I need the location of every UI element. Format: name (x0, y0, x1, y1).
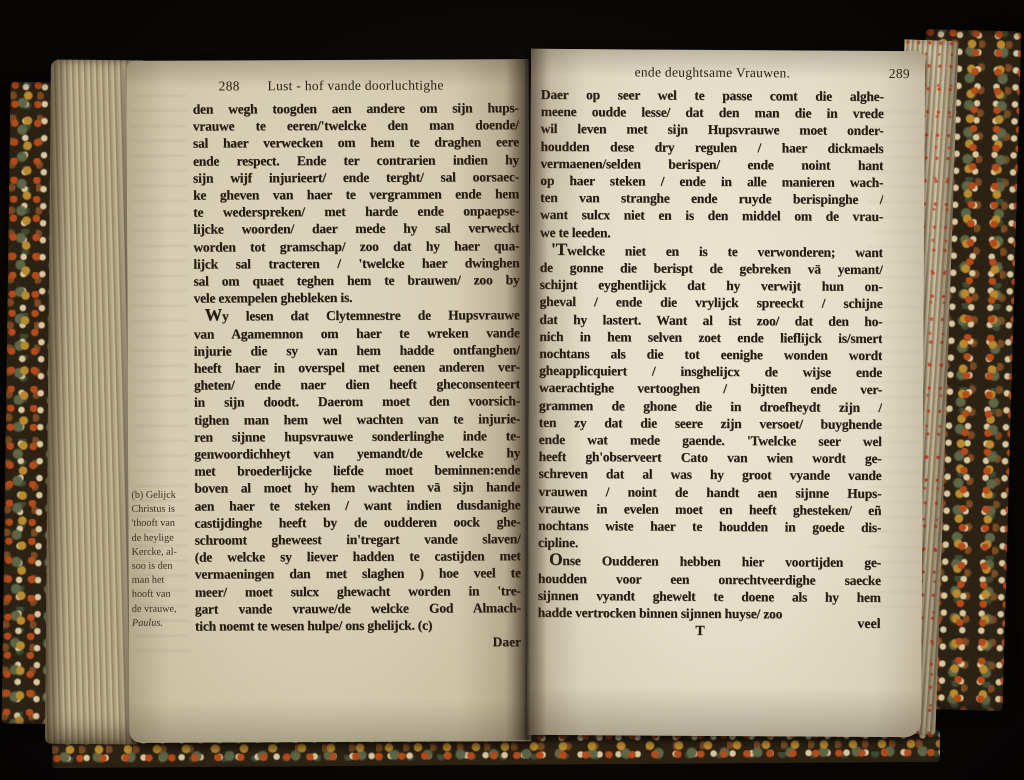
text-line: Onse Oudderen hebben hier voortijden ge- (538, 551, 881, 571)
text-line: ende respect. Ende ter contrarien indien… (193, 151, 519, 170)
right-page-text: Daer op seer wel te passe comt die alghe… (538, 86, 884, 623)
text-line: tighen man hem wel wachten van te injuri… (194, 410, 520, 429)
text-line: houdden voor een onrechtveerdighe saecke (538, 570, 881, 589)
text-line: injurie die sy van hem hadde ontfanghen/ (194, 341, 520, 360)
text-line: met broederlijcke liefde moet beminnen:e… (194, 461, 520, 480)
text-line: meene oudde lesse/ dat den man die in vr… (541, 103, 884, 122)
text-line: ten zy dat die seere zijn versoet/ buygh… (539, 414, 882, 433)
text-line: grammen de ghone die in droefheydt zijn … (539, 397, 882, 416)
margin-note-line: Paulus. (132, 616, 192, 630)
text-line: lijck sal tracteren / 'twelcke haer dwin… (193, 254, 519, 273)
text-line: cipline. (538, 534, 881, 553)
text-line: (de welcke sy liever hadden te castijden… (195, 547, 521, 566)
text-line: nich in hem selven zoet ende lieflijck i… (539, 328, 882, 347)
margin-note: (b) GelijckChristus is'thooft vande heyl… (131, 489, 192, 631)
text-line: heeft gh'observeert Cato van wien wordt … (539, 448, 882, 467)
text-line: nochtans als die tot eenighe wonden word… (539, 345, 882, 364)
text-line: vrauwe te eeren/'twelcke den man doende/ (193, 116, 519, 135)
text-line: want sulcx niet en is den middel om de v… (540, 206, 883, 225)
right-page-number: 289 (889, 66, 910, 82)
text-line: gheten/ ende naer dien heeft gheconsente… (194, 375, 520, 394)
margin-note-line: de heylige (132, 531, 192, 545)
text-line: gheval / ende die vrylijck spreeckt / sc… (540, 293, 883, 312)
text-line: in sijn doodt. Daerom moet den voorsich- (194, 393, 520, 412)
text-line: castijdinghe heeft by de oudderen oock g… (194, 513, 520, 532)
text-line: worden tot gramschap/ zoo dat hy haer qu… (193, 237, 519, 256)
text-line: te wederspreken/ met harde ende onpaepse… (193, 202, 519, 221)
text-line: lijcke woorden/ daer mede hy sal verweck… (193, 220, 519, 239)
margin-note-line: hooft van (132, 588, 192, 602)
text-line: houdden dese dry regulen / haer dickmael… (540, 137, 883, 156)
left-running-head: 288 Lust - hof vande doorluchtighe (193, 75, 519, 100)
right-header-title: ende deughtsame Vrauwen. (541, 62, 884, 82)
text-line: schreven dat al was hy groot vyande vand… (538, 465, 881, 484)
text-line: sijnnen vyandt ghewelt te doene als hy h… (538, 587, 881, 606)
text-line: boven al moet hy hem wachten vā sijn han… (194, 479, 520, 498)
left-page-text: den wegh toogden aen andere om sijn hups… (193, 99, 521, 635)
left-header-title: Lust - hof vande doorluchtighe (193, 75, 519, 94)
margin-note-line: de vrauwe, (132, 602, 192, 616)
text-line: wil leven met sijn Hupsvrauwe moet onder… (541, 120, 884, 139)
text-line: den wegh toogden aen andere om sijn hups… (193, 99, 519, 118)
text-line: sal om quaet teghen hem te brauwen/ zoo … (193, 271, 519, 290)
right-page: ende deughtsame Vrauwen. 289 Daer op see… (527, 49, 925, 737)
text-line: waerachtighe vertooghen / bijtten ende v… (539, 379, 882, 398)
text-line: vermaeningen dan met slaghen ) hoe veel … (195, 565, 521, 584)
signature-row: T veel (537, 621, 880, 643)
text-line: genwoordichheyt van yemandt/de welcke hy (194, 444, 520, 463)
text-line: meer/ moet sulcx ghewacht worden in 'tre… (195, 582, 521, 601)
paragraph: den wegh toogden aen andere om sijn hups… (193, 99, 520, 307)
paragraph: Onse Oudderen hebben hier voortijden ge-… (538, 551, 881, 623)
text-line: van Agamemnon om haer te wreken vande (194, 324, 520, 343)
text-line: gheapplicquiert / insghelijcx de wijse e… (539, 362, 882, 381)
text-line: sal haer verwecken om hem te draghen eer… (193, 134, 519, 153)
text-line: Daer op seer wel te passe comt die alghe… (541, 86, 884, 105)
text-line: heeft haer in overspel met eenen anderen… (194, 358, 520, 377)
text-line: ten van stranghe ende ruyde berispinghe … (540, 189, 883, 208)
text-line: de gonne die berispt de gebreken vā yema… (540, 259, 883, 278)
margin-note-line: soo is den (132, 560, 192, 574)
margin-note-line: Kercke, al- (132, 545, 192, 559)
text-line: aen haer te steken / want indien dusdani… (194, 496, 520, 515)
right-catchword: veel (857, 617, 880, 633)
paragraph: Wy lesen dat Clytemnestre de Hupsvrauwev… (194, 306, 521, 635)
text-line: op haer steken / ende in alle manieren w… (540, 172, 883, 191)
text-line: gart vande vrauwe/de welcke God Almach- (195, 599, 521, 618)
gathering-signature-mark: T (695, 624, 704, 640)
right-running-head: ende deughtsame Vrauwen. 289 (541, 62, 884, 88)
text-line: ende wat mede gaende. 'Twelcke seer wel (539, 431, 882, 450)
text-line: hadde vertrocken binnen sijnnen huyse/ z… (538, 604, 881, 623)
text-line: vermaenen/selden berispen/ ende noint ha… (540, 155, 883, 174)
text-line: vrauwen / noint de handt aen sijnne Hups… (538, 483, 881, 502)
left-catchword: Daer (195, 633, 521, 651)
paragraph: Daer op seer wel te passe comt die alghe… (540, 86, 884, 243)
text-line: 'Twelcke niet en is te verwonderen; want (540, 241, 883, 261)
text-line: schroomt gheweest in'tregart vande slave… (195, 530, 521, 549)
text-line: dat hy lastert. Want al ist zoo/ dat den… (539, 310, 882, 329)
book-photo: 288 Lust - hof vande doorluchtighe den w… (0, 0, 1024, 780)
margin-note-line: man het (132, 574, 192, 588)
left-page-number: 288 (219, 78, 240, 94)
text-line: ke gheven van haer te vergrammen ende he… (193, 185, 519, 204)
margin-note-line: (b) Gelijck (131, 489, 191, 503)
text-line: nochtans wiste haer te houdden in goede … (538, 517, 881, 536)
text-line: vele exempelen ghebleken is. (194, 288, 520, 307)
left-page: 288 Lust - hof vande doorluchtighe den w… (127, 59, 532, 743)
text-line: Wy lesen dat Clytemnestre de Hupsvrauwe (194, 306, 520, 326)
text-line: ren sijnne hupsvrauwe sonderlinghe inde … (194, 427, 520, 446)
paragraph: 'Twelcke niet en is te verwonderen; want… (538, 241, 883, 554)
text-line: we te leeden. (540, 223, 883, 242)
text-line: sijn wijf injurieert/ ende terght/ sal o… (193, 168, 519, 187)
text-line: schijnt eyghentlijck dat hy verwijt hun … (540, 276, 883, 295)
text-line: vrauwe in evelen moet en heeft ghesteken… (538, 500, 881, 519)
text-line: tich noemt te wesen hulpe/ ons ghelijck.… (195, 616, 521, 635)
margin-note-line: Christus is (131, 503, 191, 517)
margin-note-line: 'thooft van (132, 517, 192, 531)
